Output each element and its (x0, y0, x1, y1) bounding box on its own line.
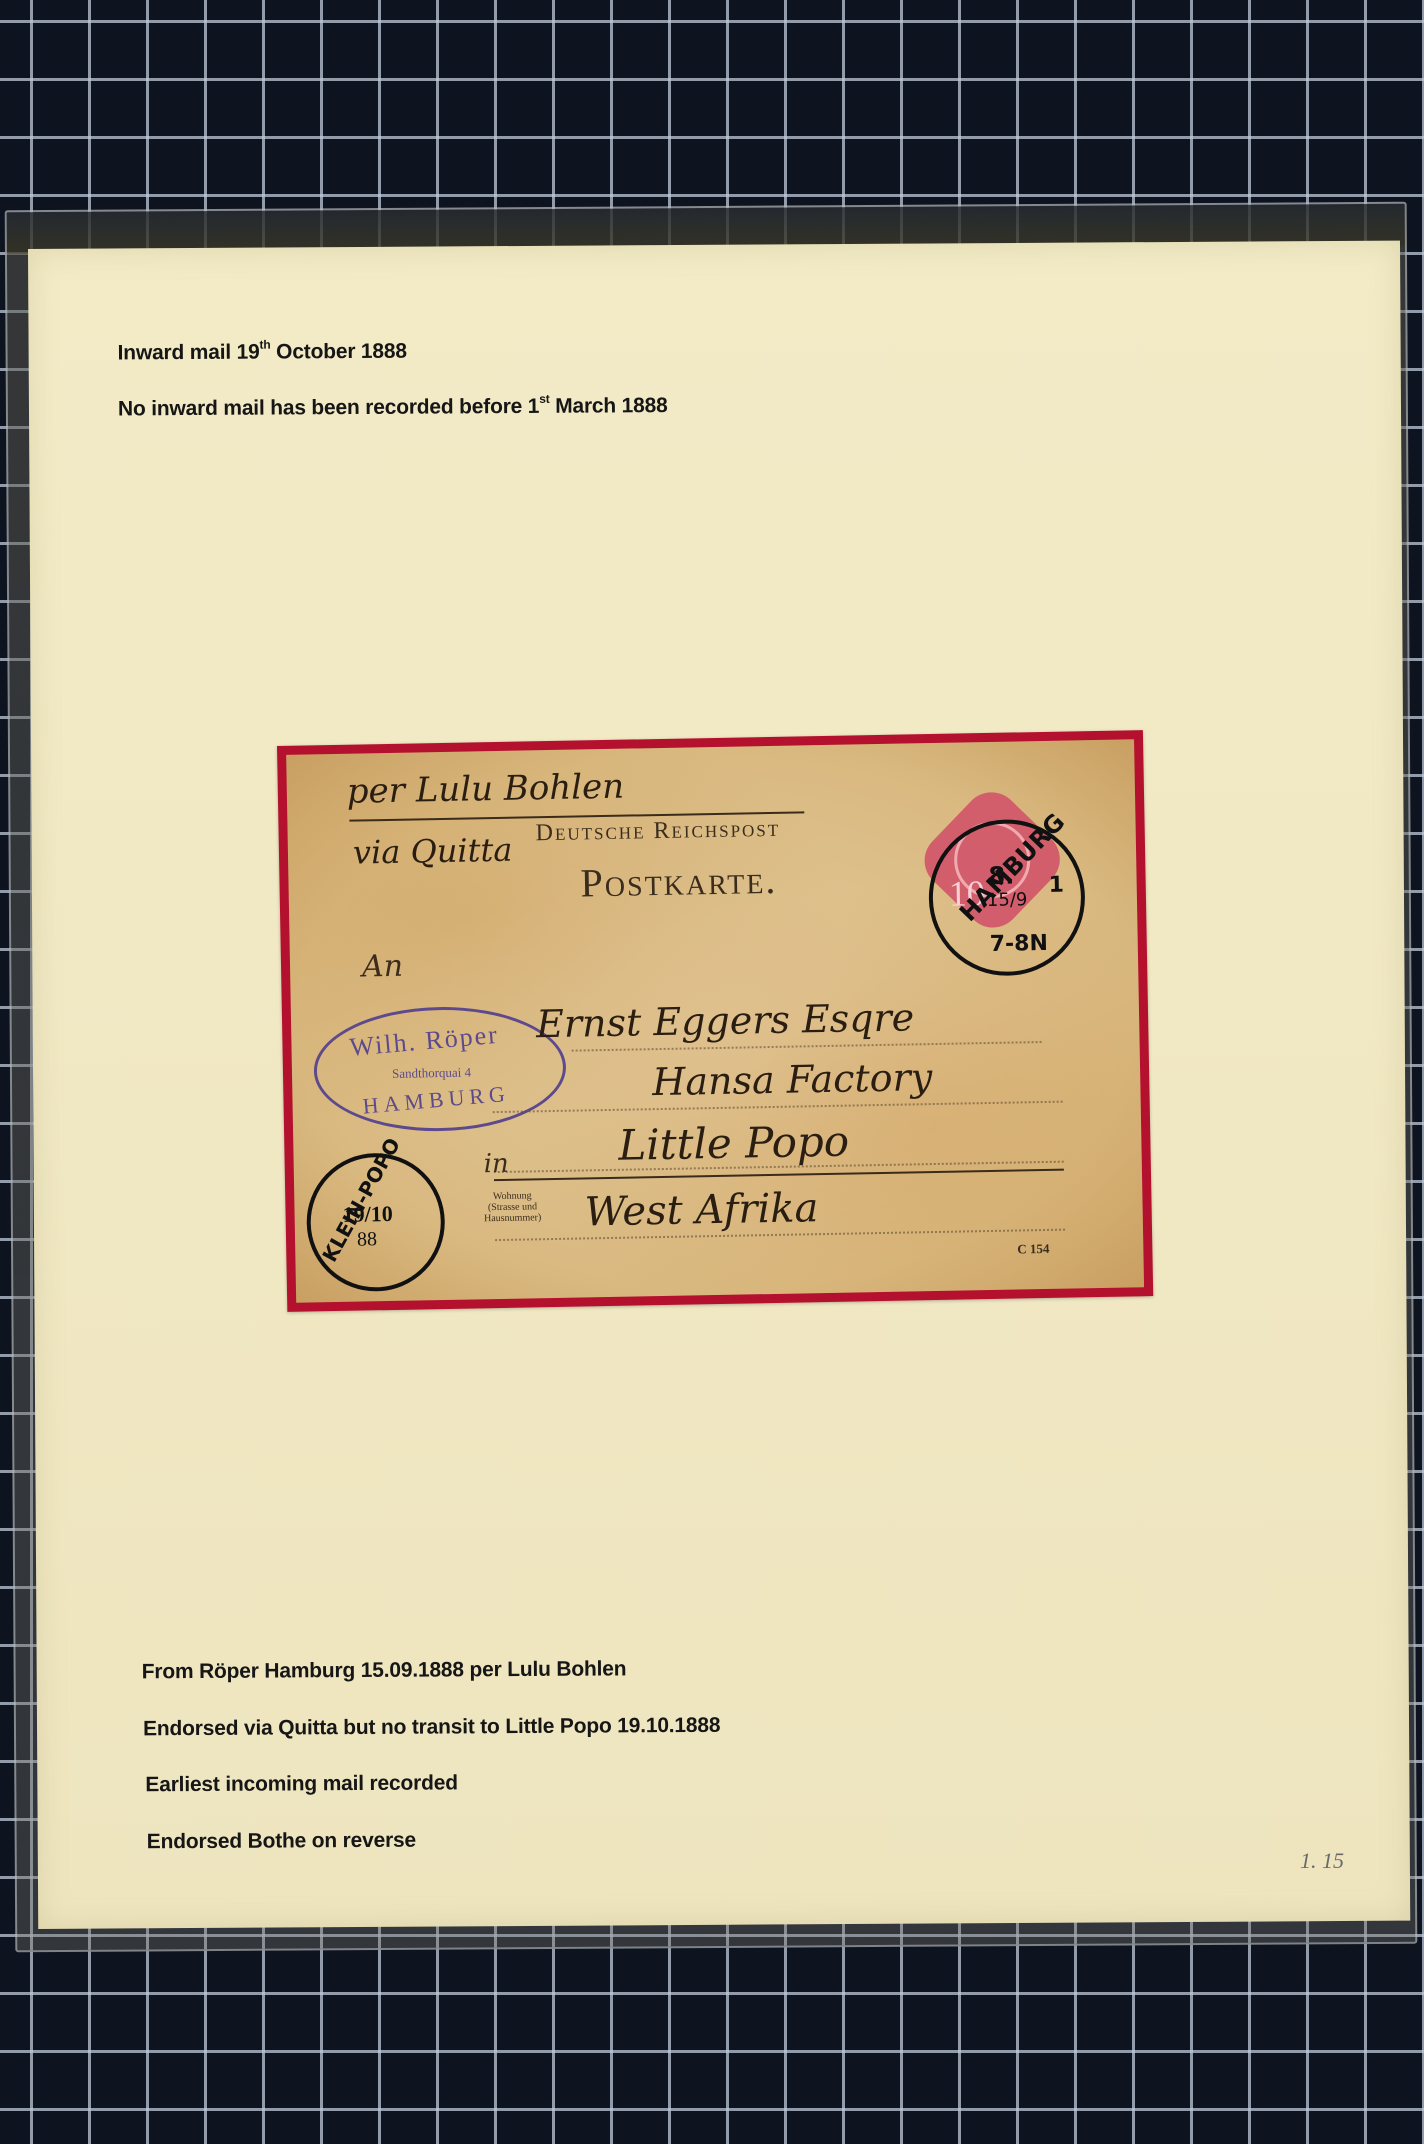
address-line-4: West Afrika (584, 1185, 819, 1235)
header-line-2: No inward mail has been recorded before … (118, 393, 668, 421)
footer-line-2: Endorsed via Quitta but no transit to Li… (143, 1714, 720, 1742)
routing-endorsement-per: per Lulu Bohlen (346, 767, 624, 812)
hamburg-postmark-office: 1 (1048, 873, 1064, 898)
cachet-street: Sandthorquai 4 (392, 1064, 471, 1081)
footer-line-4: Endorsed Bothe on reverse (147, 1829, 416, 1855)
form-code: C 154 (1017, 1241, 1049, 1258)
postcard-mount: per Lulu Bohlen via Quitta Deutsche Reic… (277, 730, 1153, 1312)
printed-title: Postkarte. (580, 856, 778, 907)
klein-popo-postmark-year: 88 (357, 1228, 377, 1251)
routing-endorsement-via: via Quitta (353, 831, 513, 872)
hamburg-postmark-day: 8. (988, 862, 1014, 890)
address-line-2: Hansa Factory (652, 1055, 933, 1104)
hamburg-postmark-time: 7-8N (990, 931, 1049, 957)
address-line-1: Ernst Eggers Esqre (536, 995, 915, 1046)
hamburg-postmark-date: 15/9 (987, 889, 1028, 911)
header-line-1: Inward mail 19th October 1888 (118, 339, 407, 366)
footer-line-3: Earliest incoming mail recorded (145, 1771, 458, 1797)
printed-wohnung: Wohnung (Strasse und Hausnummer) (477, 1190, 548, 1224)
address-dotline-2 (493, 1101, 1063, 1113)
klein-popo-postmark-date: 19/10 (342, 1201, 393, 1228)
printed-an: An (362, 949, 404, 985)
footer-line-1: From Röper Hamburg 15.09.1888 per Lulu B… (142, 1657, 627, 1684)
printed-header: Deutsche Reichspost (535, 816, 780, 847)
printed-in: in (483, 1149, 509, 1179)
postcard: per Lulu Bohlen via Quitta Deutsche Reic… (286, 739, 1144, 1302)
page-number: 1. 15 (1300, 1848, 1344, 1874)
address-line-3: Little Popo (618, 1117, 850, 1170)
